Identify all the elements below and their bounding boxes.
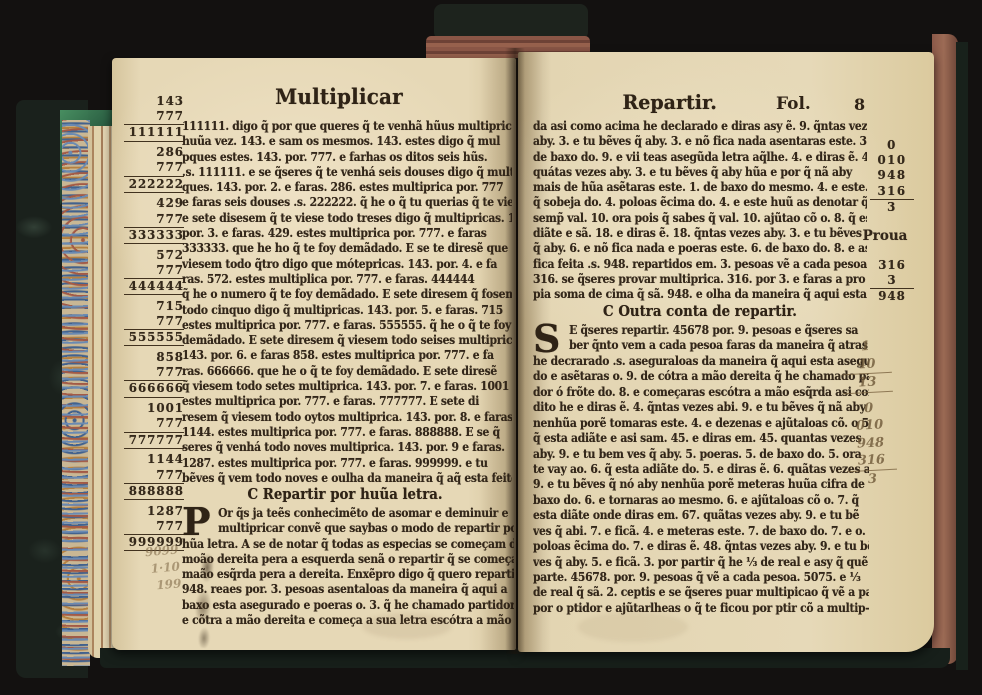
margin-number: 143 <box>124 94 184 109</box>
text-line: viesem todo q̃tro digo que mótepricas. 1… <box>182 256 466 271</box>
text-line: por o ptidor e ajũtarlheas o q̃ te ficou… <box>533 600 822 615</box>
text-line: hũa letra. A se de notar q̃ todas as esp… <box>182 536 468 551</box>
text-line: dito he e diras ẽ. 4. q̃ntas vezes abi. … <box>533 399 822 414</box>
text-line: poloas ẽcima do. 7. e diras ẽ. 48. q̃nta… <box>533 538 822 553</box>
spine-top-cover <box>434 4 588 40</box>
margin-number: 666666 <box>124 381 184 397</box>
left-page-paragraph-2: P Or q̃s ja teẽs conhecimẽto de asomar e… <box>182 505 514 627</box>
handwritten-margin-notes: 90991·10199 <box>116 541 182 597</box>
text-line: te vay ao. 6. q̃ esta adiãte do. 5. e di… <box>533 461 822 476</box>
text-line: fica feita .s. 948. repartidos em. 3. pe… <box>533 256 820 271</box>
text-line: mais de hũa asẽtaras este. 1. de baxo do… <box>533 179 820 194</box>
text-line: de real q̃ sã. 2. ceptis e se q̃seres pu… <box>533 584 822 599</box>
section-heading-outra-conta: C Outra conta de repartir. <box>546 303 853 320</box>
section-heading-repartir: C Repartir por huũa letra. <box>191 486 498 503</box>
text-line: 1144. estes multiprica por. 777. e faras… <box>182 424 466 439</box>
text-line: 143. por. 6. e faras 858. estes multipri… <box>182 347 466 362</box>
margin-number: 1001 <box>124 401 184 416</box>
text-line: aby. 3. e tu bẽves q̃ aby. 3. e nõ fica … <box>533 133 820 148</box>
right-page: Repartir. Fol. 8 da asi como acima he de… <box>518 52 934 652</box>
right-page-body-text: da asi como acima he declarado e diras a… <box>533 118 867 302</box>
handwritten-number: 3 <box>847 469 898 489</box>
margin-number: 333333 <box>124 228 184 244</box>
text-line: moão dereita pera a esquerda senã o repa… <box>182 551 468 566</box>
stain <box>362 613 452 639</box>
text-line: q̃ sobeja do. 4. poloas ẽcima do. 4. e e… <box>533 194 820 209</box>
right-page-title: Repartir. <box>622 90 716 114</box>
margin-number: 777 <box>124 519 184 535</box>
text-line: Or q̃s ja teẽs conhecimẽto de asomar e d… <box>182 505 468 520</box>
text-line: diãte e sã. 18. e diras ẽ. 18. q̃ntas ve… <box>533 225 820 240</box>
text-line: q̃ he o numero q̃ te foy demãdado. E set… <box>182 286 466 301</box>
margin-number: 010 <box>870 153 914 168</box>
margin-number: 948 <box>870 289 914 304</box>
margin-number: 316 <box>870 258 914 273</box>
text-line: multipricar convẽ que saybas o modo de r… <box>182 520 468 535</box>
folio-number: 8 <box>854 95 865 114</box>
text-line: aby. 9. e tu bem ves q̃ aby. 5. poeras. … <box>533 446 822 461</box>
margin-number: 555555 <box>124 330 184 346</box>
margin-number: 286 <box>124 145 184 160</box>
handwritten-number: 13 <box>842 373 893 394</box>
text-line: nenhũa porẽ tomaras este. 4. e dezenas e… <box>533 415 822 430</box>
margin-number: 777 <box>124 160 184 176</box>
left-page-body-text: 111111. digo q̃ por que queres q̃ te ven… <box>182 118 512 485</box>
margin-number: 777 <box>124 212 184 228</box>
text-line: da asi como acima he declarado e diras a… <box>533 118 820 133</box>
margin-number: 948 <box>870 168 914 183</box>
text-line: maão esq̃rda pera a dereita. Enxẽpro dig… <box>182 566 468 581</box>
text-line: 316. se q̃seres provar multiprica. 316. … <box>533 271 820 286</box>
book-photo-scene: Multiplicar 1437771111112867772222224297… <box>0 0 982 695</box>
handwritten-margin-notes: 1401300109483163 <box>840 337 898 489</box>
text-line: 333333. que he ho q̃ te foy demãdado. E … <box>182 240 466 255</box>
text-line: semp̃ val. 10. ora pois q̃ sabes q̃ val.… <box>533 210 820 225</box>
text-line: 9. e tu bẽves q̃ nó aby nenhũa porẽ mete… <box>533 476 822 491</box>
text-line: ras. 666666. que he o q̃ te foy demãdado… <box>182 363 466 378</box>
margin-number: 888888 <box>124 484 184 500</box>
text-line: seres q̃ venhá todo noves multiprica. 14… <box>182 439 466 454</box>
margin-number: 715 <box>124 299 184 314</box>
margin-number: 777 <box>124 314 184 330</box>
text-line: esta diãte onde diras em. 67. quãtas vez… <box>533 507 822 522</box>
text-line: q̃ esta adiãte e asi sam. 45. e diras em… <box>533 430 822 445</box>
text-line: E q̃seres repartir. 45678 por. 9. pesoas… <box>533 322 822 337</box>
folio-label: Fol. <box>776 94 811 114</box>
text-line: ves q̃ abi. 7. e ficã. 4. e meteras este… <box>533 523 822 538</box>
margin-number: 444444 <box>124 279 184 295</box>
margin-number: 3 <box>870 200 914 215</box>
paragraph-lines: E q̃seres repartir. 45678 por. 9. pesoas… <box>533 322 869 615</box>
text-line: q̃ viesem todo setes multiprica. 143. po… <box>182 378 466 393</box>
margin-number: 429 <box>124 196 184 211</box>
margin-number: 3 <box>870 273 914 289</box>
margin-number: 777 <box>124 109 184 125</box>
margin-number: 1144 <box>124 452 184 467</box>
text-line: quátas vezes aby. 3. e tu bẽves q̃ aby h… <box>533 164 820 179</box>
stain <box>578 612 688 642</box>
margin-number: 316 <box>870 184 914 200</box>
text-line: todo cinquo digo q̃ multipricas. 143. po… <box>182 302 466 317</box>
text-line: baxo do. 6. e tornaras ao mesmo. 6. e aj… <box>533 492 822 507</box>
text-line: dor ó frõte do. 8. e começaras escótra a… <box>533 384 822 399</box>
text-line: baxo esta asegurado e poeras o. 3. q̃ he… <box>182 597 468 612</box>
text-line: ras. 572. estes multiplica por. 777. e f… <box>182 271 466 286</box>
text-line: por. 3. e faras. 429. estes multiprica p… <box>182 225 466 240</box>
margin-number: 572 <box>124 248 184 263</box>
margin-number: 858 <box>124 350 184 365</box>
text-line: ques. 143. por. 2. e faras. 286. estes m… <box>182 179 466 194</box>
text-line: huũa vez. 143. e sam os mesmos. 143. est… <box>182 133 466 148</box>
text-line: ber q̃nto vem a cada pesoa faras da mane… <box>533 337 822 352</box>
text-line: .s. 111111. e se q̃seres q̃ te venhá sei… <box>182 164 466 179</box>
paragraph-lines: Or q̃s ja teẽs conhecimẽto de asomar e d… <box>182 505 514 627</box>
margin-number: 222222 <box>124 177 184 193</box>
proua-label: Proua <box>856 228 914 244</box>
text-line: pques estes. 143. por. 777. e farhas os … <box>182 149 466 164</box>
margin-number: 777 <box>124 468 184 484</box>
left-page: Multiplicar 1437771111112867772222224297… <box>112 58 516 650</box>
text-line: 1287. estes multiprica por. 777. e faras… <box>182 455 466 470</box>
book-cover-right <box>956 42 968 670</box>
text-line: resem q̃ viesem todo oytos multiprica. 1… <box>182 409 466 424</box>
text-line: bẽves q̃ vem todo noves e oulha da manei… <box>182 470 466 485</box>
right-page-paragraph-2: S E q̃seres repartir. 45678 por. 9. peso… <box>533 322 869 615</box>
text-line: do e asẽtaras o. 9. de cótra a mão derei… <box>533 368 822 383</box>
margin-number: 0 <box>870 138 914 153</box>
margin-number: 777 <box>124 416 184 432</box>
left-page-title: Multiplicar <box>186 84 492 109</box>
marbled-endpaper-edge <box>62 120 90 666</box>
text-line: demãdado. E sete diresem q̃ viesem todo … <box>182 332 466 347</box>
text-line: pia soma de cima q̃ sã. 948. e olha da m… <box>533 286 820 301</box>
text-line: parte. 45678. por. 9. pesoas q̃ vẽ a cad… <box>533 569 822 584</box>
proof-column: 3163948 <box>870 258 914 305</box>
multiplication-margin-column: 1437771111112867772222224297773333335727… <box>124 94 184 551</box>
red-fore-edge <box>932 34 958 664</box>
margin-number: 777777 <box>124 433 184 449</box>
text-line: q̃ aby. 6. e nõ fica nada e poeras este.… <box>533 240 820 255</box>
division-example-column: 00109483163 <box>870 138 914 215</box>
text-line: de baxo do. 9. e vii teas asegũda letra … <box>533 149 820 164</box>
margin-number: 777 <box>124 263 184 279</box>
margin-number: 111111 <box>124 125 184 141</box>
text-line: ves q̃ aby. 5. e ficã. 3. por partir q̃ … <box>533 554 822 569</box>
text-line: 948. reaes por. 3. pesoas asentaloas da … <box>182 581 468 596</box>
text-line: estes multiprica por. 777. e faras. 5555… <box>182 317 466 332</box>
text-line: e faras seis douses .s. 222222. q̃ he o … <box>182 194 466 209</box>
margin-number: 1287 <box>124 504 184 519</box>
text-line: e sete disesem q̃ te viese todo treses d… <box>182 210 466 225</box>
text-line: he decrarado .s. aseguraloas da maneira … <box>533 353 822 368</box>
text-line: estes multiprica por. 777. e faras. 7777… <box>182 393 466 408</box>
margin-number: 777 <box>124 365 184 381</box>
text-line: 111111. digo q̃ por que queres q̃ te ven… <box>182 118 466 133</box>
